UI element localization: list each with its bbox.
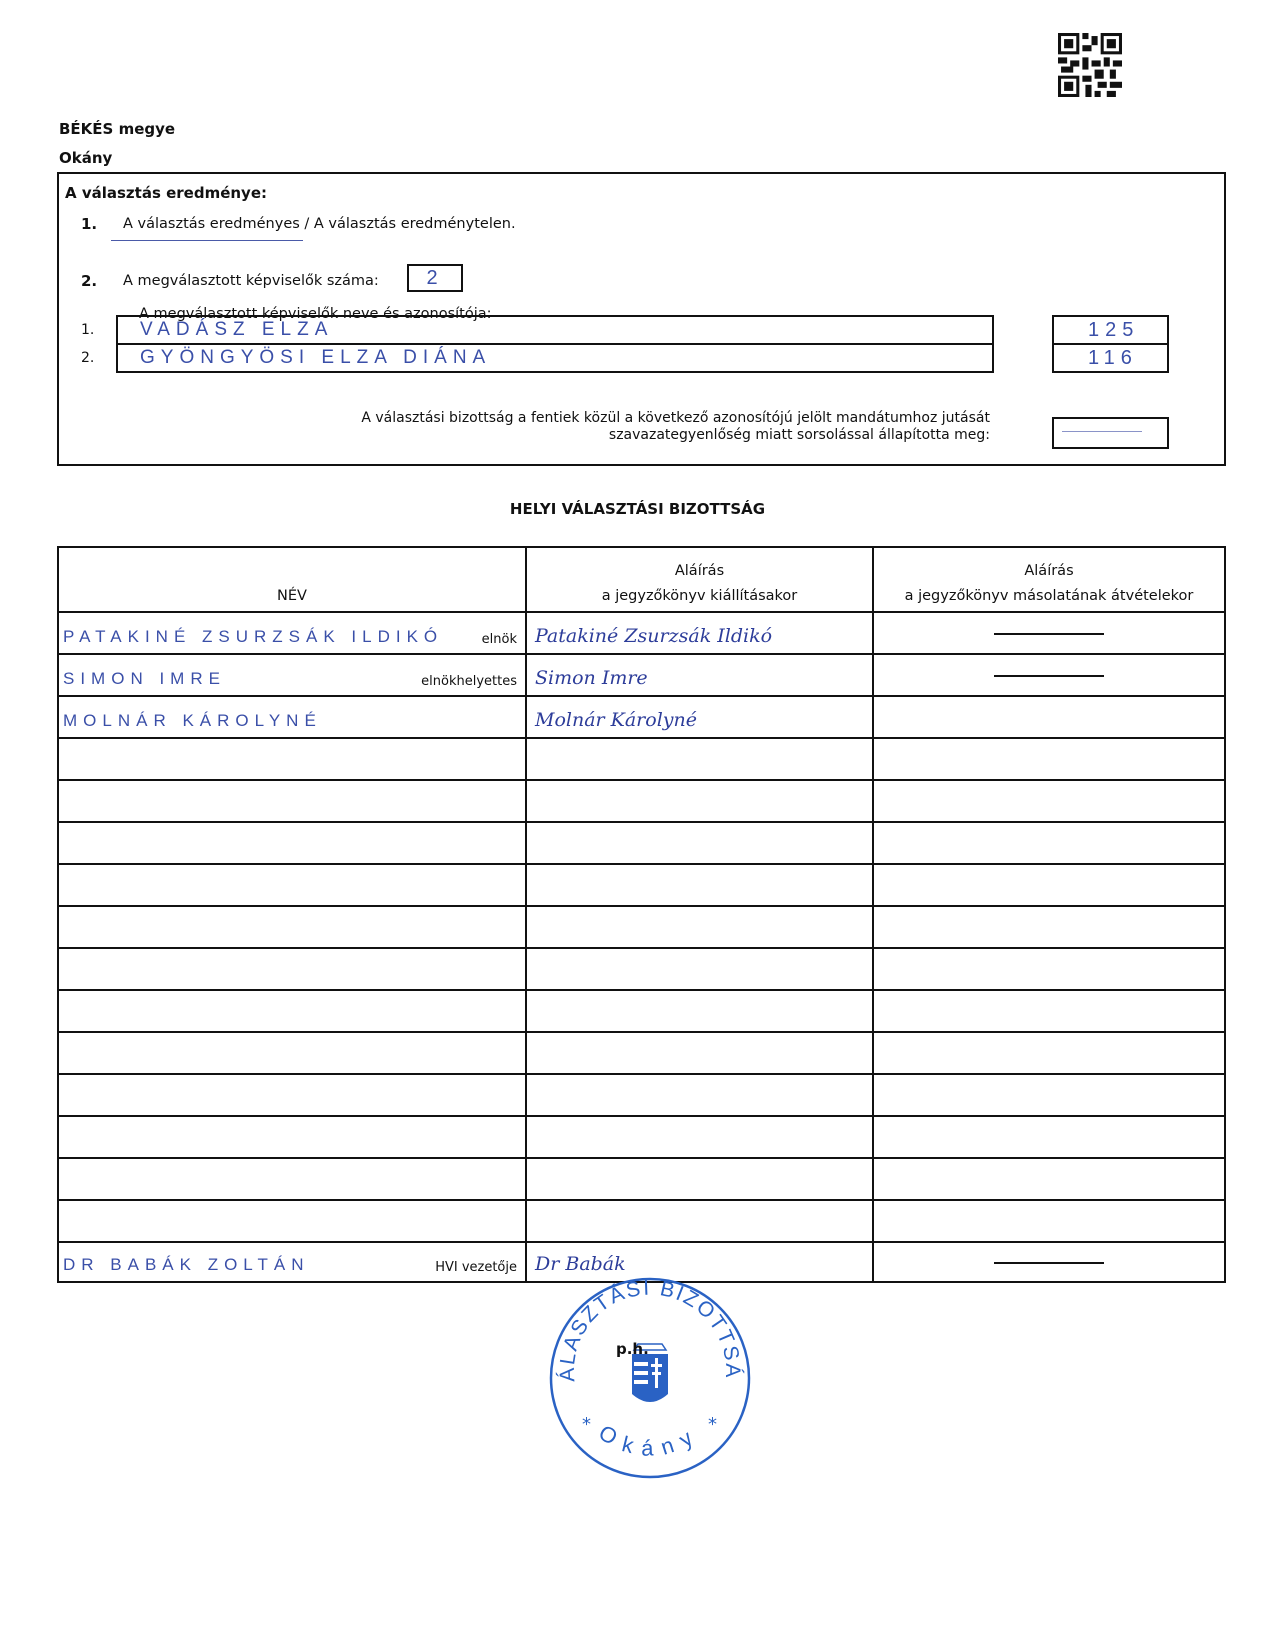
signature-copy-cell[interactable] — [873, 1242, 1225, 1282]
table-row — [58, 1032, 1225, 1074]
signature-issue-cell[interactable] — [526, 1074, 873, 1116]
name-cell[interactable] — [58, 1032, 526, 1074]
stamp-star-icon: * — [708, 1414, 717, 1435]
table-row — [58, 1158, 1225, 1200]
column-header-name: NÉV — [58, 547, 526, 612]
signature-copy-cell[interactable] — [873, 1200, 1225, 1242]
member-role: elnökhelyettes — [421, 674, 517, 689]
signature-issue-cell[interactable] — [526, 780, 873, 822]
selected-outcome-underline — [111, 240, 303, 241]
table-row — [58, 1200, 1225, 1242]
member-role: elnök — [482, 632, 517, 647]
table-row — [58, 780, 1225, 822]
name-cell[interactable]: MOLNÁR KÁROLYNÉ — [58, 696, 526, 738]
elected-name-field[interactable]: GYÖNGYÖSI ELZA DIÁNA — [116, 343, 994, 373]
signature-copy-cell[interactable] — [873, 696, 1225, 738]
table-header-row: NÉV Aláírás a jegyzőkönyv kiállításakor … — [58, 547, 1225, 612]
signature-issue-cell[interactable] — [526, 822, 873, 864]
empty-signature-dash — [994, 1262, 1104, 1264]
elected-id-field[interactable]: 116 — [1052, 343, 1169, 373]
table-row — [58, 1074, 1225, 1116]
signature-copy-cell[interactable] — [873, 738, 1225, 780]
table-row — [58, 1116, 1225, 1158]
handwritten-signature: Patakiné Zsurzsák Ildikó — [535, 625, 772, 647]
signature-copy-cell[interactable] — [873, 822, 1225, 864]
member-role: HVI vezetője — [435, 1260, 517, 1275]
name-cell[interactable]: PATAKINÉ ZSURZSÁK ILDIKÓelnök — [58, 612, 526, 654]
name-cell[interactable] — [58, 1158, 526, 1200]
column-header-signature-copy: Aláírás a jegyzőkönyv másolatának átvéte… — [873, 547, 1225, 612]
elected-row-number: 2. — [81, 350, 94, 366]
name-cell[interactable] — [58, 822, 526, 864]
table-row: PATAKINÉ ZSURZSÁK ILDIKÓelnökPatakiné Zs… — [58, 612, 1225, 654]
name-cell[interactable] — [58, 780, 526, 822]
item2-number: 2. — [81, 272, 97, 290]
column-header-label: Aláírás — [874, 559, 1224, 584]
name-cell[interactable] — [58, 864, 526, 906]
table-row: MOLNÁR KÁROLYNÉMolnár Károlyné — [58, 696, 1225, 738]
elected-name-field[interactable]: VADÁSZ ELZA — [116, 315, 994, 345]
signature-copy-cell[interactable] — [873, 1116, 1225, 1158]
signature-copy-cell[interactable] — [873, 864, 1225, 906]
signature-copy-cell[interactable] — [873, 948, 1225, 990]
stamp-star-icon: * — [582, 1414, 591, 1435]
signature-issue-cell[interactable] — [526, 1200, 873, 1242]
signature-issue-cell[interactable] — [526, 948, 873, 990]
name-cell[interactable] — [58, 738, 526, 780]
table-row — [58, 864, 1225, 906]
county-label: BÉKÉS megye — [59, 120, 175, 138]
signature-issue-cell[interactable] — [526, 1032, 873, 1074]
elected-id-field[interactable]: 125 — [1052, 315, 1169, 345]
empty-signature-dash — [994, 675, 1104, 677]
column-header-signature-issue: Aláírás a jegyzőkönyv kiállításakor — [526, 547, 873, 612]
result-outcome-text: A választás eredményes / A választás ere… — [123, 216, 516, 232]
elected-count-field[interactable]: 2 — [407, 264, 463, 292]
member-name: MOLNÁR KÁROLYNÉ — [63, 711, 322, 731]
signature-issue-cell[interactable] — [526, 990, 873, 1032]
name-cell[interactable] — [58, 1116, 526, 1158]
signature-copy-cell[interactable] — [873, 1158, 1225, 1200]
signature-issue-cell[interactable]: Simon Imre — [526, 654, 873, 696]
table-row — [58, 738, 1225, 780]
member-name: SIMON IMRE — [63, 669, 226, 689]
handwritten-signature: Simon Imre — [535, 667, 648, 689]
empty-value-mark — [1062, 431, 1142, 432]
item1-number: 1. — [81, 215, 97, 233]
signature-copy-cell[interactable] — [873, 612, 1225, 654]
signature-issue-cell[interactable]: Patakiné Zsurzsák Ildikó — [526, 612, 873, 654]
lot-draw-text-line1: A választási bizottság a fentiek közül a… — [361, 410, 990, 427]
table-row — [58, 822, 1225, 864]
name-cell[interactable] — [58, 948, 526, 990]
signature-issue-cell[interactable] — [526, 864, 873, 906]
name-cell[interactable] — [58, 906, 526, 948]
signature-copy-cell[interactable] — [873, 654, 1225, 696]
stamp-bottom-text: Okány — [594, 1420, 705, 1461]
table-row — [58, 990, 1225, 1032]
elected-count-label: A megválasztott képviselők száma: — [123, 273, 379, 289]
signature-issue-cell[interactable] — [526, 738, 873, 780]
lot-draw-id-field[interactable] — [1052, 417, 1169, 449]
name-cell[interactable] — [58, 1074, 526, 1116]
name-cell[interactable] — [58, 990, 526, 1032]
signature-issue-cell[interactable]: Molnár Károlyné — [526, 696, 873, 738]
official-stamp: VÁLASZTÁSI BIZOTTSÁG Okány * * — [548, 1276, 752, 1480]
qr-code-icon — [1058, 33, 1122, 97]
signature-copy-cell[interactable] — [873, 906, 1225, 948]
handwritten-signature: Dr Babák — [535, 1253, 626, 1275]
name-cell[interactable]: DR BABÁK ZOLTÁNHVI vezetője — [58, 1242, 526, 1282]
stamp-place-label: p.h. — [616, 1340, 649, 1358]
signature-issue-cell[interactable] — [526, 1158, 873, 1200]
signature-copy-cell[interactable] — [873, 990, 1225, 1032]
svg-text:Okány: Okány — [594, 1420, 705, 1461]
column-header-label: Aláírás — [527, 559, 872, 584]
lot-draw-text: A választási bizottság a fentiek közül a… — [361, 410, 990, 444]
column-header-name-label: NÉV — [277, 588, 307, 604]
table-row — [58, 906, 1225, 948]
committee-title: HELYI VÁLASZTÁSI BIZOTTSÁG — [0, 500, 1275, 518]
election-result-box: A választás eredménye: 1. A választás er… — [57, 172, 1226, 466]
table-row: SIMON IMREelnökhelyettesSimon Imre — [58, 654, 1225, 696]
member-name: DR BABÁK ZOLTÁN — [63, 1255, 310, 1275]
lot-draw-text-line2: szavazategyenlőség miatt sorsolással áll… — [361, 427, 990, 444]
column-header-sublabel: a jegyzőkönyv kiállításakor — [527, 584, 872, 609]
signature-issue-cell[interactable] — [526, 1116, 873, 1158]
table-row — [58, 948, 1225, 990]
elected-row-number: 1. — [81, 322, 94, 338]
member-name: PATAKINÉ ZSURZSÁK ILDIKÓ — [63, 627, 443, 647]
result-title: A választás eredménye: — [65, 184, 267, 202]
town-label: Okány — [59, 149, 112, 167]
signature-copy-cell[interactable] — [873, 1032, 1225, 1074]
signature-issue-cell[interactable] — [526, 906, 873, 948]
signature-copy-cell[interactable] — [873, 780, 1225, 822]
handwritten-signature: Molnár Károlyné — [535, 709, 697, 731]
name-cell[interactable] — [58, 1200, 526, 1242]
empty-signature-dash — [994, 633, 1104, 635]
committee-signature-table: NÉV Aláírás a jegyzőkönyv kiállításakor … — [57, 546, 1226, 1283]
signature-copy-cell[interactable] — [873, 1074, 1225, 1116]
name-cell[interactable]: SIMON IMREelnökhelyettes — [58, 654, 526, 696]
column-header-sublabel: a jegyzőkönyv másolatának átvételekor — [874, 584, 1224, 609]
